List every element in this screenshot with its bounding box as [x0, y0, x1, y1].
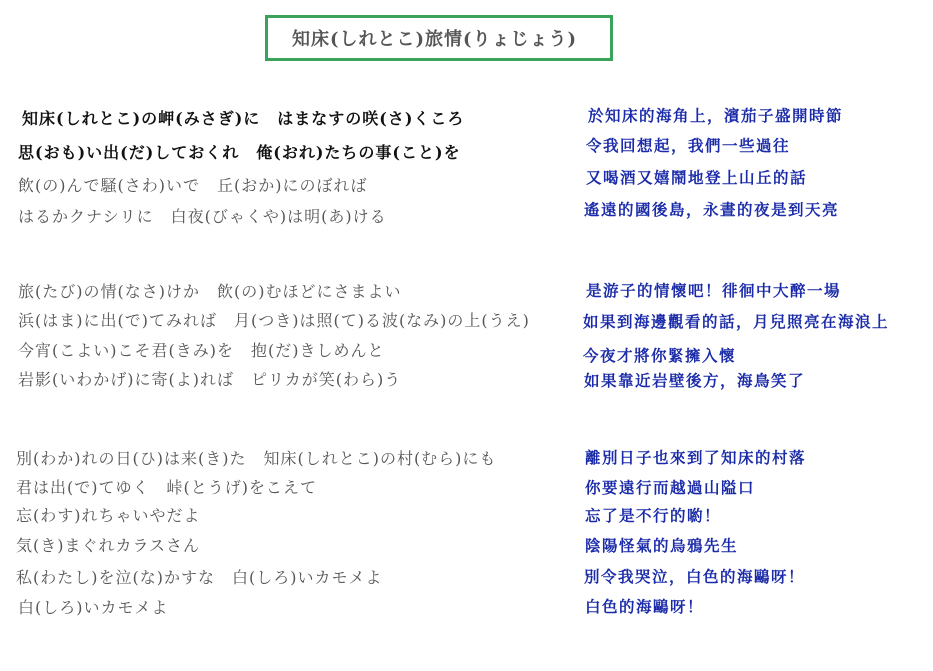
japanese-lyric-line: 旅(たび)の情(なさ)けか 飲(の)むほどにさまよい — [18, 279, 401, 302]
japanese-lyric-line: 気(き)まぐれカラスさん — [16, 533, 200, 556]
chinese-translation-line: 是游子的情懷吧！徘徊中大醉一場 — [586, 279, 841, 301]
chinese-translation-line: 今夜才將你緊擁入懷 — [583, 344, 736, 366]
japanese-lyric-line: 浜(はま)に出(で)てみれば 月(つき)は照(て)る波(なみ)の上(うえ) — [18, 308, 530, 331]
chinese-translation-line: 別令我哭泣，白色的海鷗呀！ — [584, 565, 805, 587]
japanese-lyric-line: 別(わか)れの日(ひ)は来(き)た 知床(しれとこ)の村(むら)にも — [16, 446, 496, 469]
chinese-translation-line: 如果靠近岩壁後方，海鳥笑了 — [584, 369, 805, 391]
japanese-lyric-line: 忘(わす)れちゃいやだよ — [16, 503, 201, 526]
chinese-translation-line: 離別日子也來到了知床的村落 — [585, 446, 806, 468]
chinese-translation-line: 遙遠的國後島，永晝的夜是到天亮 — [584, 198, 839, 220]
japanese-lyric-line: 岩影(いわかげ)に寄(よ)れば ピリカが笑(わら)う — [18, 367, 401, 390]
chinese-translation-line: 你要遠行而越過山隘口 — [585, 476, 755, 498]
japanese-lyric-line: 君は出(で)てゆく 峠(とうげ)をこえて — [16, 475, 317, 498]
chinese-translation-line: 於知床的海角上，濱茄子盛開時節 — [588, 104, 843, 126]
chinese-translation-line: 忘了是不行的喲！ — [585, 504, 721, 526]
chinese-translation-line: 白色的海鷗呀！ — [585, 595, 704, 617]
title-box: 知床(しれとこ)旅情(りょじょう) — [265, 15, 613, 61]
page-title: 知床(しれとこ)旅情(りょじょう) — [292, 25, 577, 51]
japanese-lyric-line: 思(おも)い出(だ)しておくれ 俺(おれ)たちの事(こと)を — [18, 140, 461, 163]
chinese-translation-line: 令我回想起，我們一些過往 — [586, 134, 790, 156]
japanese-lyric-line: 私(わたし)を泣(な)かすな 白(しろ)いカモメよ — [16, 565, 382, 588]
japanese-lyric-line: 白(しろ)いカモメよ — [18, 595, 169, 618]
chinese-translation-line: 如果到海邊觀看的話，月兒照亮在海浪上 — [583, 310, 889, 332]
japanese-lyric-line: 飲(の)んで騒(さわ)いで 丘(おか)にのぼれば — [18, 173, 367, 196]
japanese-lyric-line: 知床(しれとこ)の岬(みさぎ)に はまなすの咲(さ)くころ — [22, 106, 464, 129]
chinese-translation-line: 陰陽怪氣的烏鴉先生 — [585, 534, 738, 556]
chinese-translation-line: 又喝酒又嬉鬧地登上山丘的話 — [586, 166, 807, 188]
japanese-lyric-line: はるかクナシリに 白夜(びゃくや)は明(あ)ける — [18, 204, 387, 227]
japanese-lyric-line: 今宵(こよい)こそ君(きみ)を 抱(だ)きしめんと — [18, 338, 384, 361]
